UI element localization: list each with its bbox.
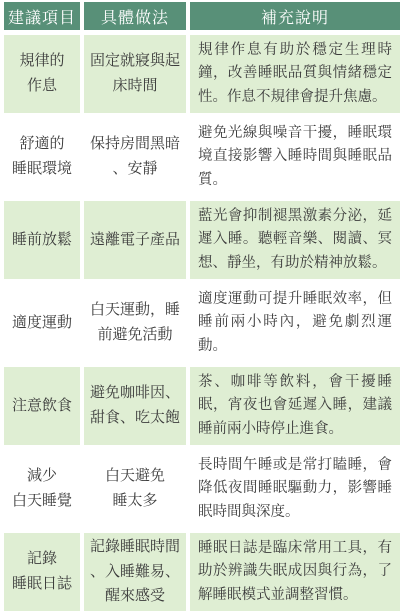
- method-text: 記錄睡眠時間 、入睡難易、 醒來感受: [90, 535, 180, 609]
- cell-method: 保持房間黑暗 、安靜: [84, 118, 186, 196]
- cell-item: 睡前放鬆: [4, 201, 80, 279]
- cell-note: 茶、咖啡等飲料，會干擾睡眠，宵夜也會延遲入睡，建議睡前兩小時停止進食。: [190, 367, 400, 445]
- method-text: 固定就寢與起 床時間: [90, 49, 180, 99]
- item-text: 舒適的 睡眠環境: [12, 132, 72, 182]
- cell-item: 規律的 作息: [4, 35, 80, 113]
- item-text: 注意飲食: [12, 394, 72, 419]
- method-text: 白天運動，睡 前避免活動: [90, 298, 180, 348]
- note-text: 藍光會抑制褪黑激素分泌，延遲入睡。聽輕音樂、閱讀、冥想、靜坐，有助於精神放鬆。: [198, 205, 392, 275]
- note-text: 規律作息有助於穩定生理時鐘，改善睡眠品質與情緒穩定性。作息不規律會提升焦慮。: [198, 39, 392, 109]
- cell-note: 適度運動可提升睡眠效率，但睡前兩小時內，避免劇烈運動。: [190, 284, 400, 362]
- note-text: 睡眠日誌是臨床常用工具，有助於辨識失眠成因與行為，了解睡眠模式並調整習慣。: [198, 537, 392, 607]
- item-text: 規律的 作息: [19, 49, 64, 99]
- note-text: 長時間午睡或是常打瞌睡，會降低夜間睡眠驅動力，影響睡眠時間與深度。: [198, 454, 392, 524]
- cell-method: 固定就寢與起 床時間: [84, 35, 186, 113]
- cell-method: 避免咖啡因、 甜食、吃太飽: [84, 367, 186, 445]
- cell-note: 長時間午睡或是常打瞌睡，會降低夜間睡眠驅動力，影響睡眠時間與深度。: [190, 450, 400, 528]
- cell-note: 藍光會抑制褪黑激素分泌，延遲入睡。聽輕音樂、閱讀、冥想、靜坐，有助於精神放鬆。: [190, 201, 400, 279]
- cell-method: 白天避免 睡太多: [84, 450, 186, 528]
- cell-method: 記錄睡眠時間 、入睡難易、 醒來感受: [84, 533, 186, 611]
- column-header-method: 具體做法: [84, 2, 186, 30]
- cell-item: 舒適的 睡眠環境: [4, 118, 80, 196]
- column-header-note-label: 補充說明: [261, 5, 329, 28]
- column-header-item-label: 建議項目: [8, 5, 76, 28]
- method-text: 白天避免 睡太多: [105, 464, 165, 514]
- cell-item: 減少 白天睡覺: [4, 450, 80, 528]
- column-header-method-label: 具體做法: [101, 5, 169, 28]
- method-text: 避免咖啡因、 甜食、吃太飽: [90, 381, 180, 431]
- cell-item: 記錄 睡眠日誌: [4, 533, 80, 611]
- cell-method: 遠離電子產品: [84, 201, 186, 279]
- column-header-item: 建議項目: [4, 2, 80, 30]
- cell-method: 白天運動，睡 前避免活動: [84, 284, 186, 362]
- method-text: 遠離電子產品: [90, 228, 180, 253]
- column-header-note: 補充說明: [190, 2, 400, 30]
- cell-item: 適度運動: [4, 284, 80, 362]
- method-text: 保持房間黑暗 、安靜: [90, 132, 180, 182]
- cell-note: 避免光線與噪音干擾，睡眠環境直接影響入睡時間與睡眠品質。: [190, 118, 400, 196]
- item-text: 減少 白天睡覺: [12, 464, 72, 514]
- item-text: 睡前放鬆: [12, 228, 72, 253]
- sleep-advice-table: 建議項目 具體做法 補充說明 規律的 作息 固定就寢與起 床時間 規律作息有助於…: [0, 0, 404, 611]
- note-text: 適度運動可提升睡眠效率，但睡前兩小時內，避免劇烈運動。: [198, 288, 392, 358]
- cell-note: 規律作息有助於穩定生理時鐘，改善睡眠品質與情緒穩定性。作息不規律會提升焦慮。: [190, 35, 400, 113]
- item-text: 記錄 睡眠日誌: [12, 547, 72, 597]
- note-text: 茶、咖啡等飲料，會干擾睡眠，宵夜也會延遲入睡，建議睡前兩小時停止進食。: [198, 371, 392, 441]
- cell-item: 注意飲食: [4, 367, 80, 445]
- cell-note: 睡眠日誌是臨床常用工具，有助於辨識失眠成因與行為，了解睡眠模式並調整習慣。: [190, 533, 400, 611]
- item-text: 適度運動: [12, 311, 72, 336]
- note-text: 避免光線與噪音干擾，睡眠環境直接影響入睡時間與睡眠品質。: [198, 122, 392, 192]
